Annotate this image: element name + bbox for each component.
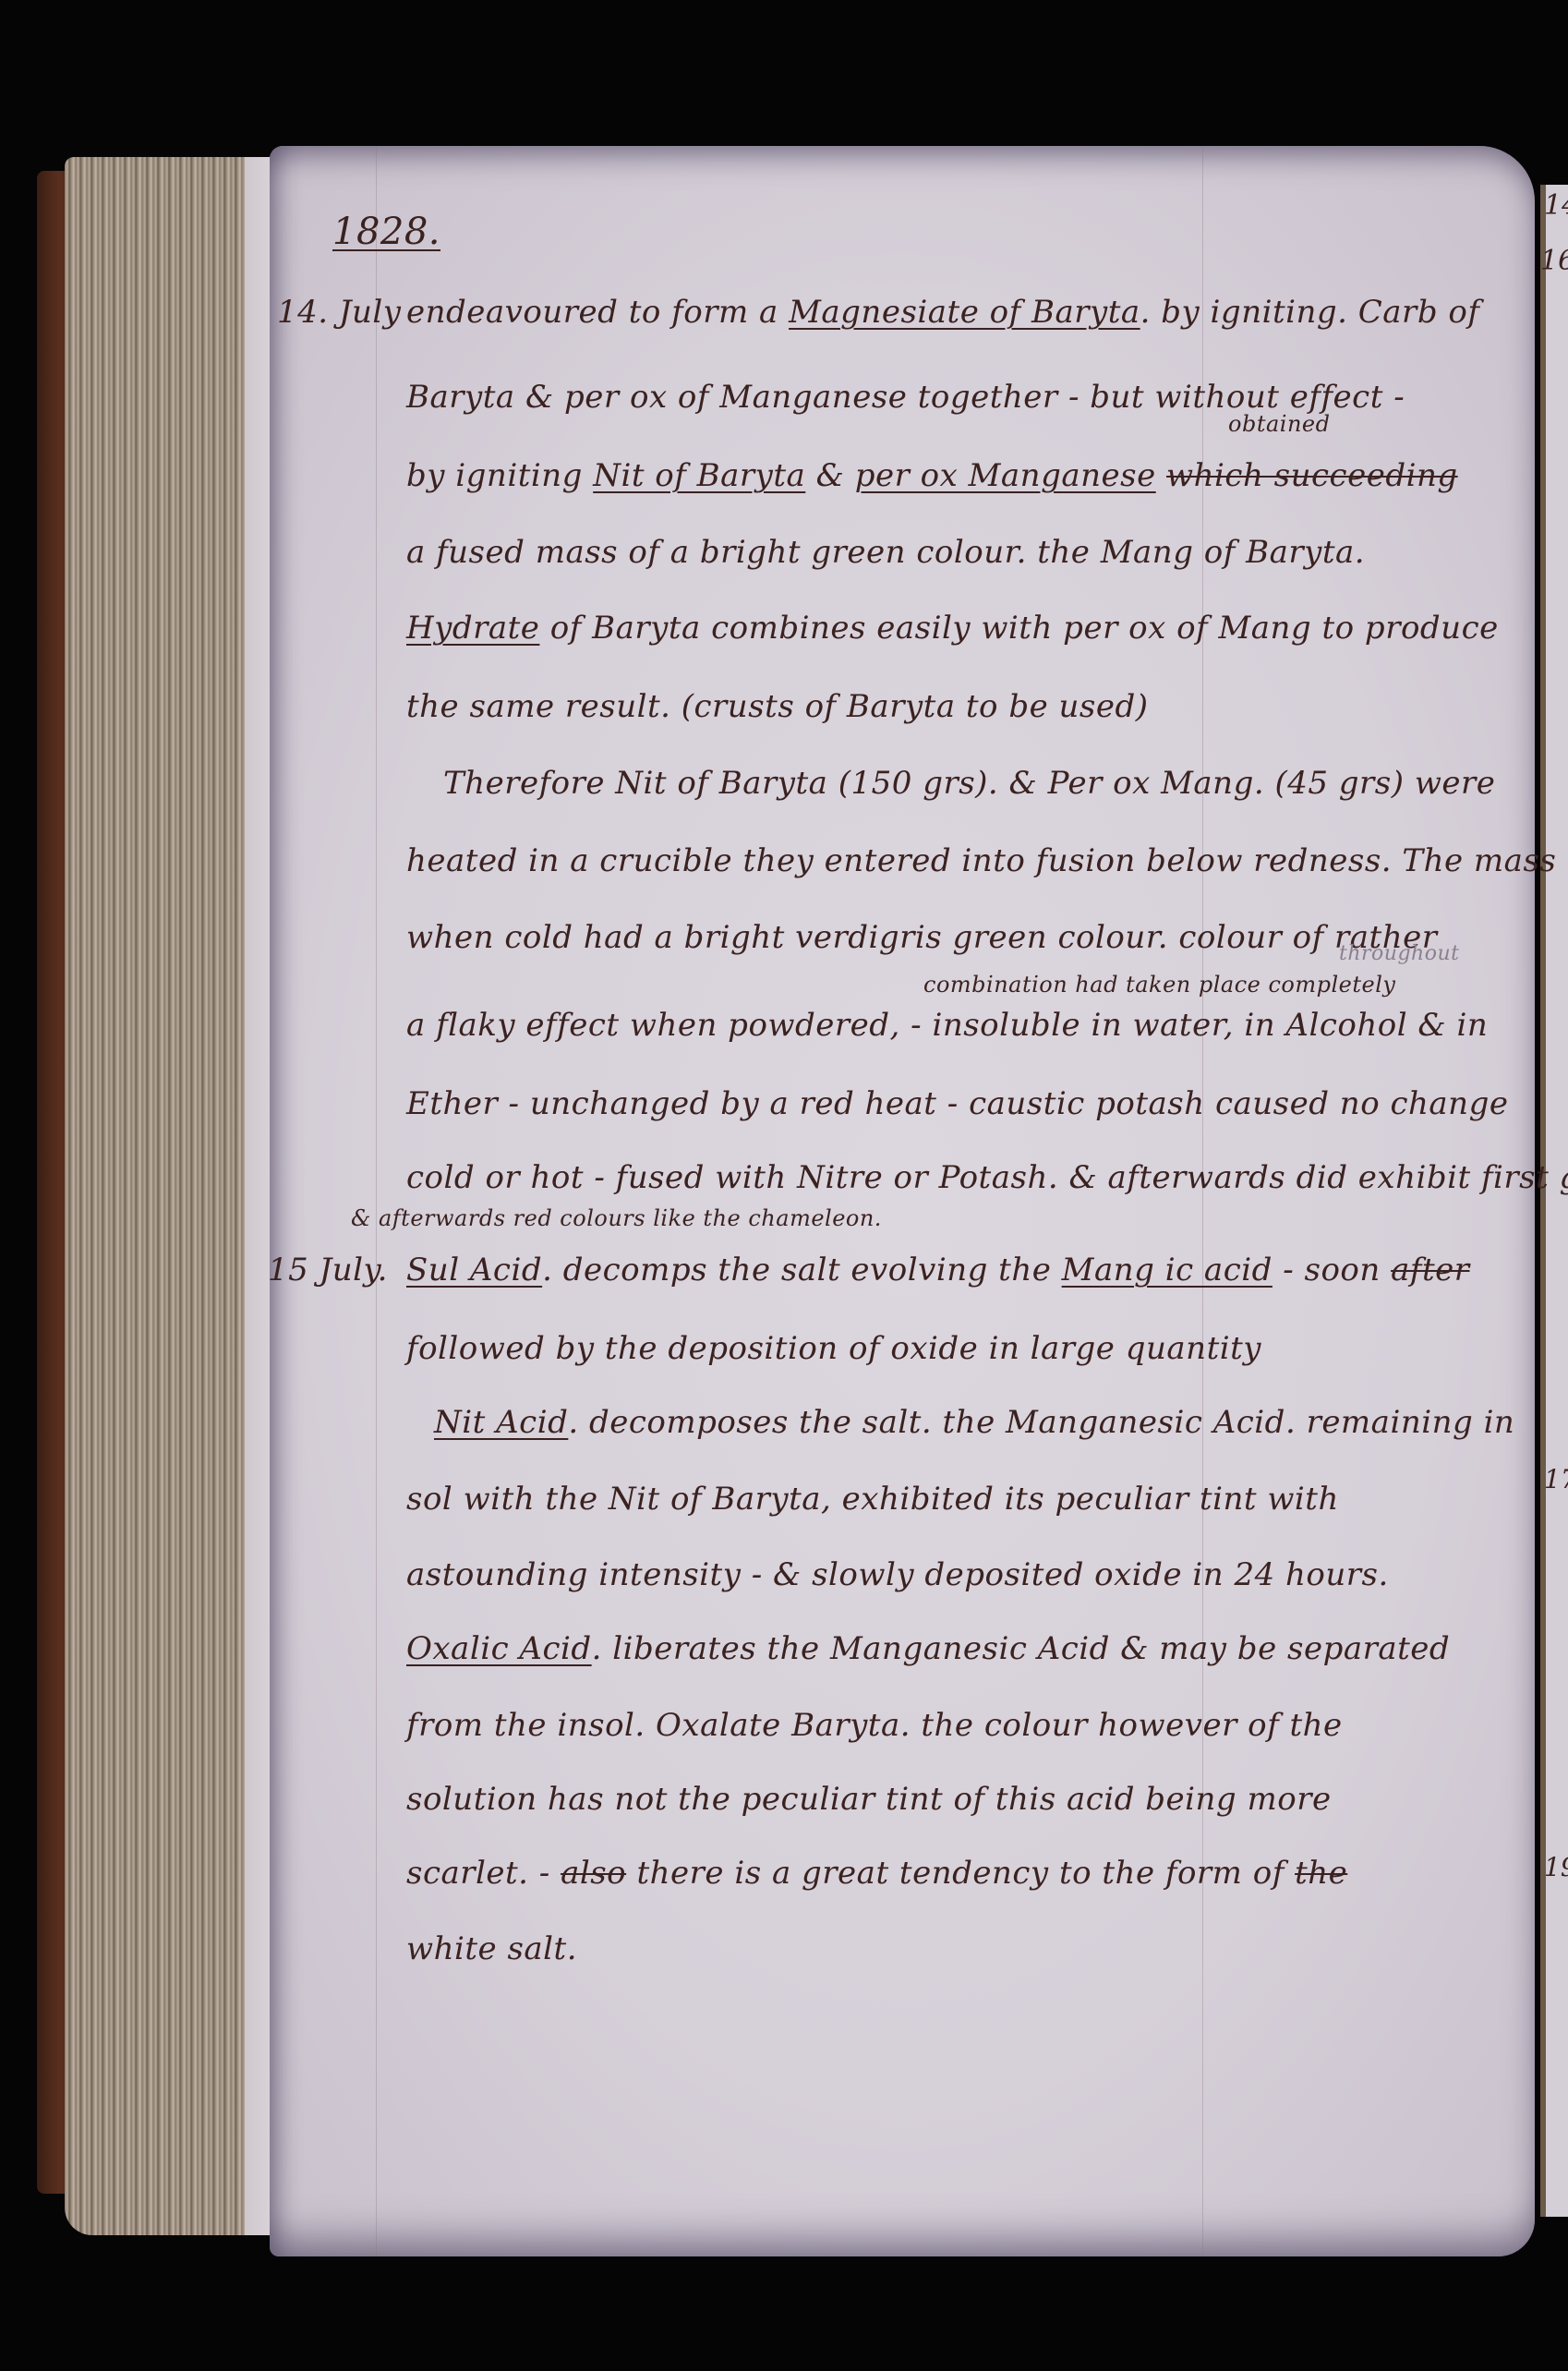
text-segment: - soon <box>1272 1252 1391 1288</box>
underlined-term: Magnesiate of Baryta <box>789 294 1140 331</box>
text-segment: the same result. (crusts of Baryta to be… <box>406 688 1149 725</box>
handwritten-line: endeavoured to form a Magnesiate of Bary… <box>406 294 1479 331</box>
text-segment: heated in a crucible they entered into f… <box>406 842 1556 879</box>
pencil-annotation: throughout <box>1339 942 1459 965</box>
handwritten-line: sol with the Nit of Baryta, exhibited it… <box>406 1481 1339 1518</box>
facing-page-note: 16 J <box>1540 245 1568 277</box>
interlinear-insertion: obtained <box>1228 411 1330 437</box>
facing-page-note: 19 Ju <box>1544 1852 1568 1882</box>
handwritten-line: by igniting Nit of Baryta & per ox Manga… <box>406 457 1458 494</box>
underlined-term: Nit Acid <box>434 1404 568 1441</box>
facing-page-note: 17 Jul <box>1544 1464 1568 1494</box>
text-segment: there is a great tendency to the form of <box>626 1855 1295 1892</box>
text-segment: from the insol. Oxalate Baryta. the colo… <box>406 1707 1343 1744</box>
text-segment: & afterwards red colours like the chamel… <box>351 1205 882 1231</box>
text-segment: by igniting <box>406 457 593 494</box>
entry-date: 15 July. <box>268 1252 388 1288</box>
text-segment: . by igniting. Carb of <box>1140 294 1480 331</box>
page-block-edges <box>65 157 272 2235</box>
facing-page-edge <box>1540 185 1568 2217</box>
underlined-term: Mang ic acid <box>1062 1252 1272 1288</box>
underlined-term: Nit of Baryta <box>593 457 805 494</box>
handwritten-line: Oxalic Acid. liberates the Manganesic Ac… <box>406 1630 1450 1667</box>
underlined-term: Oxalic Acid <box>406 1630 592 1667</box>
handwritten-line: white salt. <box>406 1930 577 1967</box>
entry-date: 14. July <box>277 294 402 331</box>
text-segment: Ether - unchanged by a red heat - causti… <box>406 1085 1508 1122</box>
handwritten-line: Baryta & per ox of Manganese together - … <box>406 379 1405 416</box>
struck-text: after <box>1391 1252 1469 1288</box>
text-segment: of Baryta combines easily with per ox of… <box>539 610 1498 647</box>
text-segment: cold or hot - fused with Nitre or Potash… <box>406 1159 1568 1196</box>
handwritten-line: & afterwards red colours like the chamel… <box>351 1205 882 1231</box>
text-segment: astounding intensity - & slowly deposite… <box>406 1556 1389 1593</box>
text-segment: . liberates the Manganesic Acid & may be… <box>592 1630 1451 1667</box>
handwritten-line: the same result. (crusts of Baryta to be… <box>406 688 1149 725</box>
struck-text: which succeeding <box>1166 457 1458 494</box>
margin-rule-left <box>376 146 377 2256</box>
text-segment: followed by the deposition of oxide in l… <box>406 1330 1261 1367</box>
handwritten-line: heated in a crucible they entered into f… <box>406 842 1556 879</box>
text-segment: sol with the Nit of Baryta, exhibited it… <box>406 1481 1339 1518</box>
handwritten-line: Ether - unchanged by a red heat - causti… <box>406 1085 1508 1122</box>
handwritten-line: solution has not the peculiar tint of th… <box>406 1781 1332 1818</box>
text-segment: a flaky effect when powdered, - insolubl… <box>406 1007 1488 1044</box>
text-segment <box>1156 457 1166 494</box>
handwritten-line: a fused mass of a bright green colour. t… <box>406 534 1365 571</box>
struck-text: the <box>1295 1855 1347 1892</box>
text-segment: white salt. <box>406 1930 577 1967</box>
text-segment: . decomps the salt evolving the <box>542 1252 1062 1288</box>
handwritten-line: Nit Acid. decomposes the salt. the Manga… <box>434 1404 1514 1441</box>
text-segment: solution has not the peculiar tint of th… <box>406 1781 1332 1818</box>
text-segment: & <box>805 457 854 494</box>
handwritten-line: Sul Acid. decomps the salt evolving the … <box>406 1252 1470 1288</box>
underlined-term: Sul Acid <box>406 1252 542 1288</box>
handwritten-line: Therefore Nit of Baryta (150 grs). & Per… <box>443 765 1495 802</box>
handwritten-line: from the insol. Oxalate Baryta. the colo… <box>406 1707 1343 1744</box>
interlinear-insertion: combination had taken place completely <box>923 972 1395 998</box>
handwritten-line: scarlet. - also there is a great tendenc… <box>406 1855 1347 1892</box>
handwritten-line: astounding intensity - & slowly deposite… <box>406 1556 1389 1593</box>
handwritten-line: when cold had a bright verdigris green c… <box>406 919 1437 956</box>
struck-text: also <box>561 1855 626 1892</box>
text-segment: a fused mass of a bright green colour. t… <box>406 534 1365 571</box>
underlined-term: per ox Manganese <box>855 457 1156 494</box>
text-segment: Therefore Nit of Baryta (150 grs). & Per… <box>443 765 1495 802</box>
text-segment: when cold had a bright verdigris green c… <box>406 919 1437 956</box>
text-segment: Baryta & per ox of Manganese together - … <box>406 379 1405 416</box>
handwritten-line: a flaky effect when powdered, - insolubl… <box>406 1007 1488 1044</box>
handwritten-line: followed by the deposition of oxide in l… <box>406 1330 1261 1367</box>
underlined-term: Hydrate <box>406 610 539 647</box>
handwritten-line: cold or hot - fused with Nitre or Potash… <box>406 1159 1568 1196</box>
text-segment: scarlet. - <box>406 1855 561 1892</box>
text-segment: endeavoured to form a <box>406 294 789 331</box>
year-heading: 1828. <box>332 211 440 253</box>
handwritten-line: Hydrate of Baryta combines easily with p… <box>406 610 1499 647</box>
facing-page-note: 14 <box>1544 189 1568 222</box>
text-segment: . decomposes the salt. the Manganesic Ac… <box>568 1404 1514 1441</box>
